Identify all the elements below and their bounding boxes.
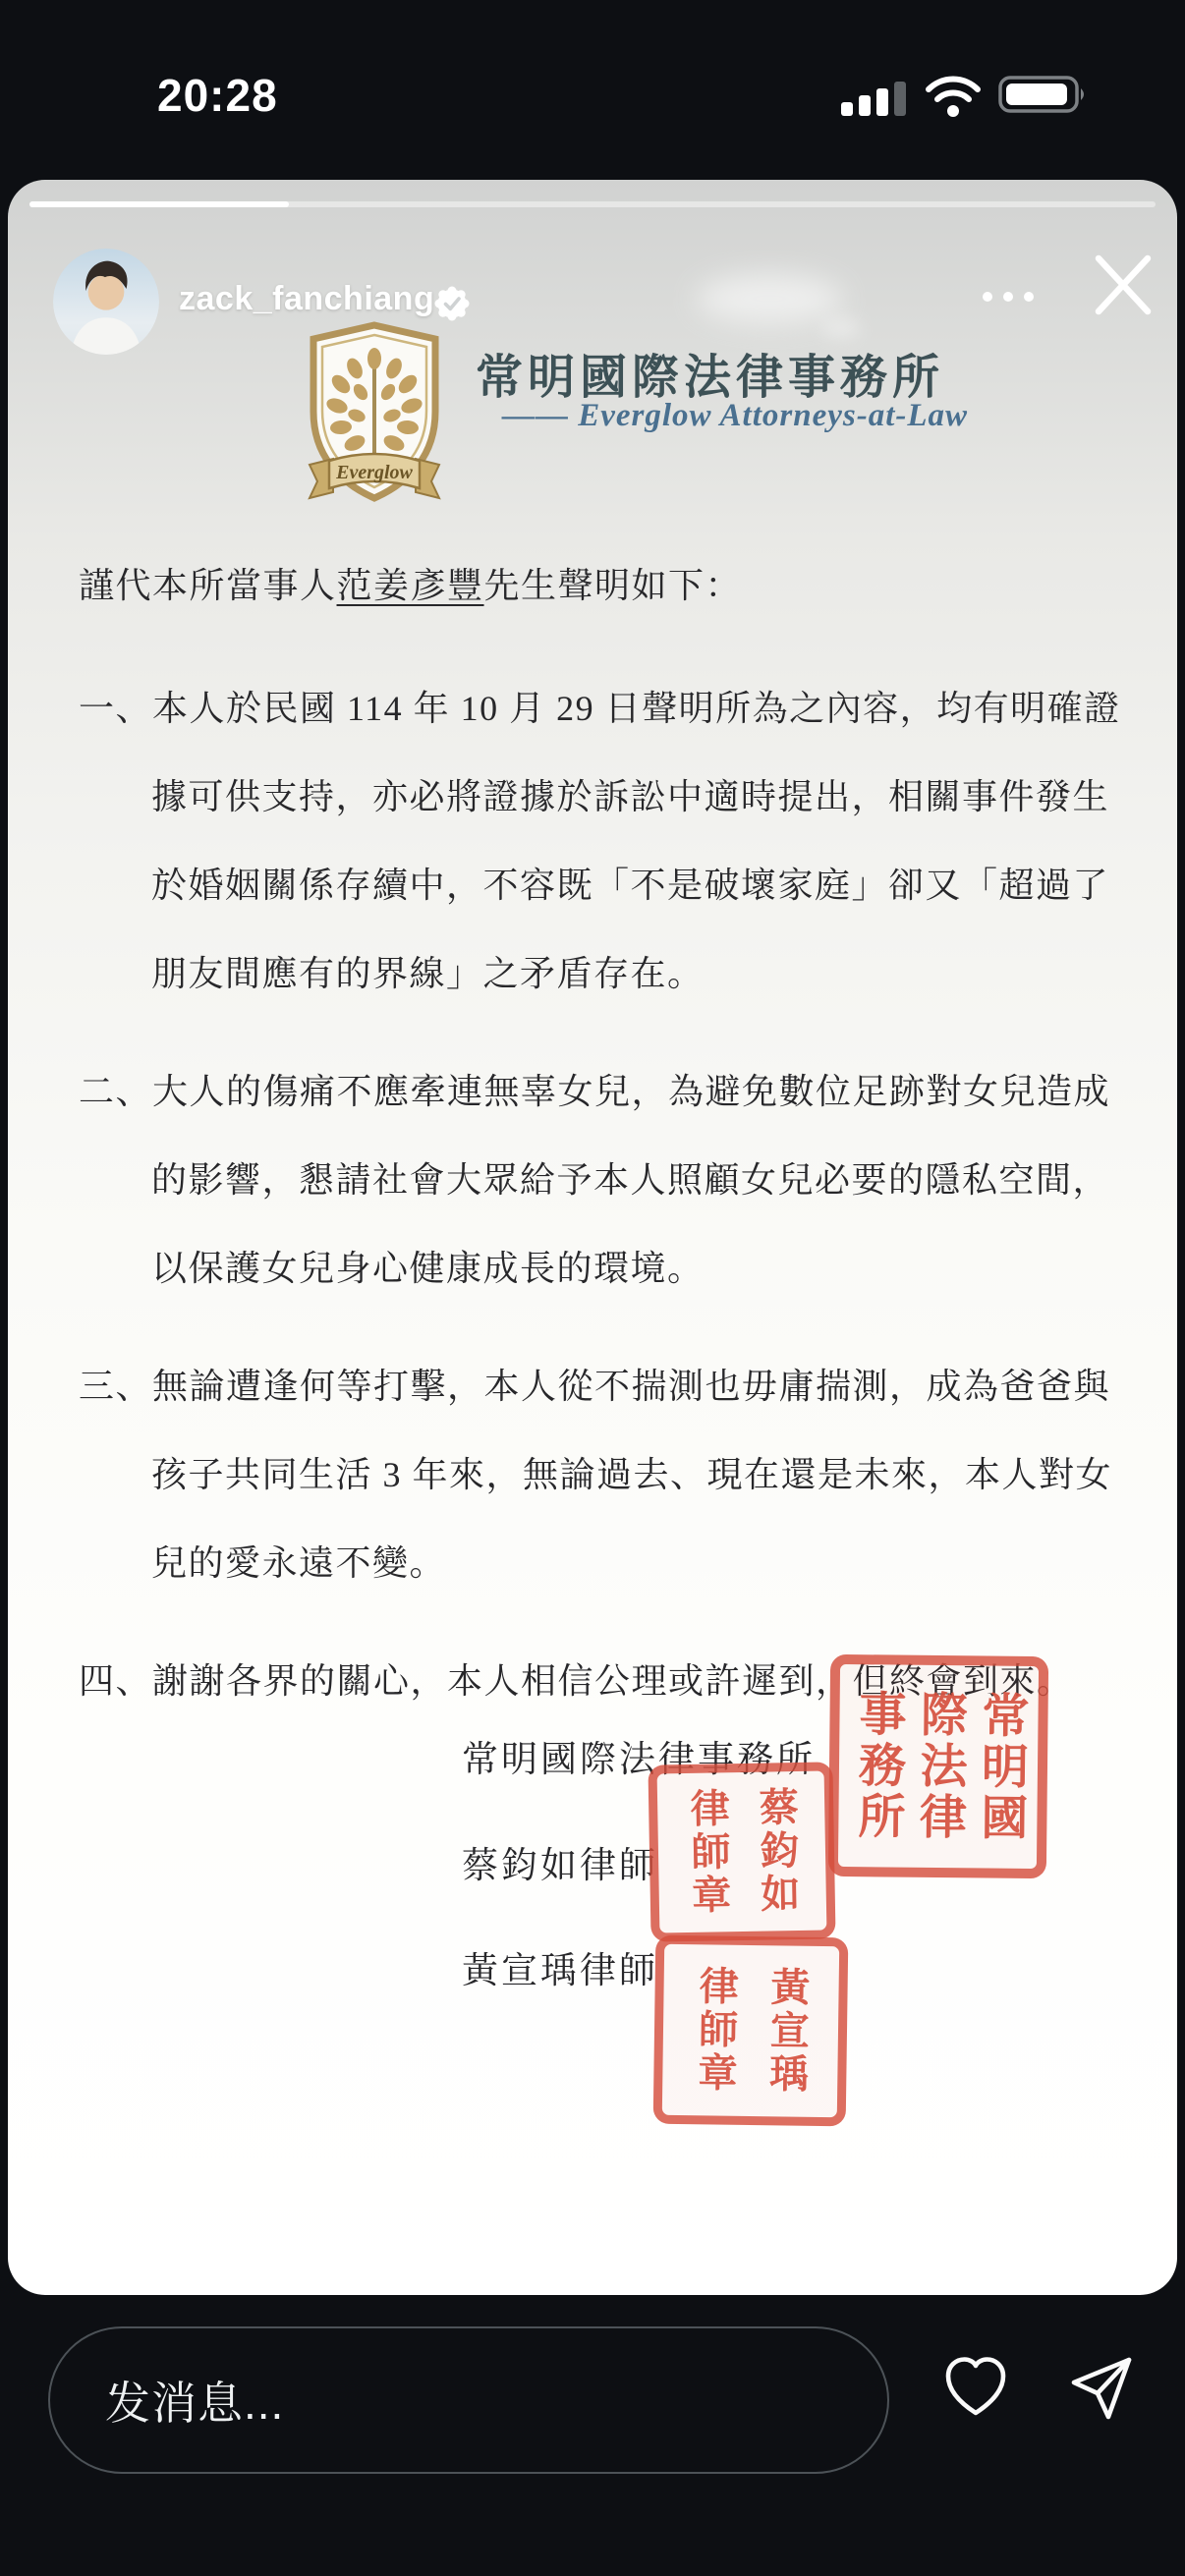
signature-lawyer2: 黃宣瑀律師 (462, 1940, 658, 1993)
underlined-client-name: 范姜彥豐 (337, 566, 484, 605)
status-time: 20:28 (157, 69, 278, 122)
statement-line: 於婚姻關係存續中，不容既「不是破壞家庭」卻又「超過了 (151, 858, 1109, 908)
statement-line: 據可供支持，亦必將證據於訴訟中適時提出，相關事件發生 (151, 769, 1109, 819)
firm-seal-stamp: 常明國 際法律 事務所 (828, 1654, 1048, 1878)
letterhead-title: 常明國際法律事務所 (476, 339, 944, 407)
statement-line: 孩子共同生活 3 年來，無論過去、現在還是未來，本人對女 (151, 1447, 1112, 1497)
statement-line: 一、本人於民國 114 年 10 月 29 日聲明所為之內容，均有明確證 (79, 681, 1121, 731)
avatar[interactable] (53, 249, 159, 355)
story-progress-bar (29, 201, 1156, 207)
phone-screen: 20:28 (0, 0, 1185, 2576)
statement-line: 朋友間應有的界線」之矛盾存在。 (151, 946, 705, 996)
blur-artifact (821, 317, 861, 339)
lawyer2-seal-stamp: 黃宣瑀 律師章 (653, 1935, 849, 2127)
wifi-icon (925, 75, 982, 118)
verified-badge-icon (434, 286, 470, 321)
story-options-button[interactable] (983, 282, 1047, 311)
blurred-timestamp (696, 274, 843, 323)
law-firm-logo: Everglow (300, 319, 449, 512)
share-paper-plane-button[interactable] (1066, 2354, 1135, 2423)
cellular-signal-icon (841, 79, 910, 116)
statement-line: 二、大人的傷痛不應牽連無辜女兒，為避免數位足跡對女兒造成 (79, 1064, 1110, 1114)
svg-text:Everglow: Everglow (335, 462, 413, 483)
statement-opening: 謹代本所當事人范姜彥豐先生聲明如下： (79, 558, 742, 608)
statement-line: 的影響，懇請社會大眾給予本人照顧女兒必要的隱私空間， (151, 1152, 1109, 1203)
statement-line: 三、無論遭逢何等打擊，本人從不揣測也毋庸揣測，成為爸爸與 (79, 1359, 1110, 1409)
letterhead-subtitle: —— Everglow Attorneys-at-Law (440, 398, 1030, 434)
message-input[interactable]: 发消息... (48, 2326, 889, 2474)
statement-line: 兒的愛永遠不變。 (151, 1536, 446, 1586)
username[interactable]: zack_fanchiang (179, 280, 434, 318)
battery-icon (998, 75, 1087, 114)
story-progress-fill (29, 201, 289, 207)
lawyer1-seal-stamp: 蔡鈞如 律師章 (648, 1762, 835, 1941)
close-icon[interactable] (1089, 251, 1157, 319)
story-card[interactable]: zack_fanchiang (8, 180, 1177, 2295)
statement-line: 以保護女兒身心健康成長的環境。 (151, 1241, 705, 1291)
signature-lawyer1: 蔡鈞如律師 (462, 1835, 658, 1888)
message-placeholder: 发消息... (105, 2368, 284, 2433)
like-heart-button[interactable] (941, 2354, 1010, 2423)
